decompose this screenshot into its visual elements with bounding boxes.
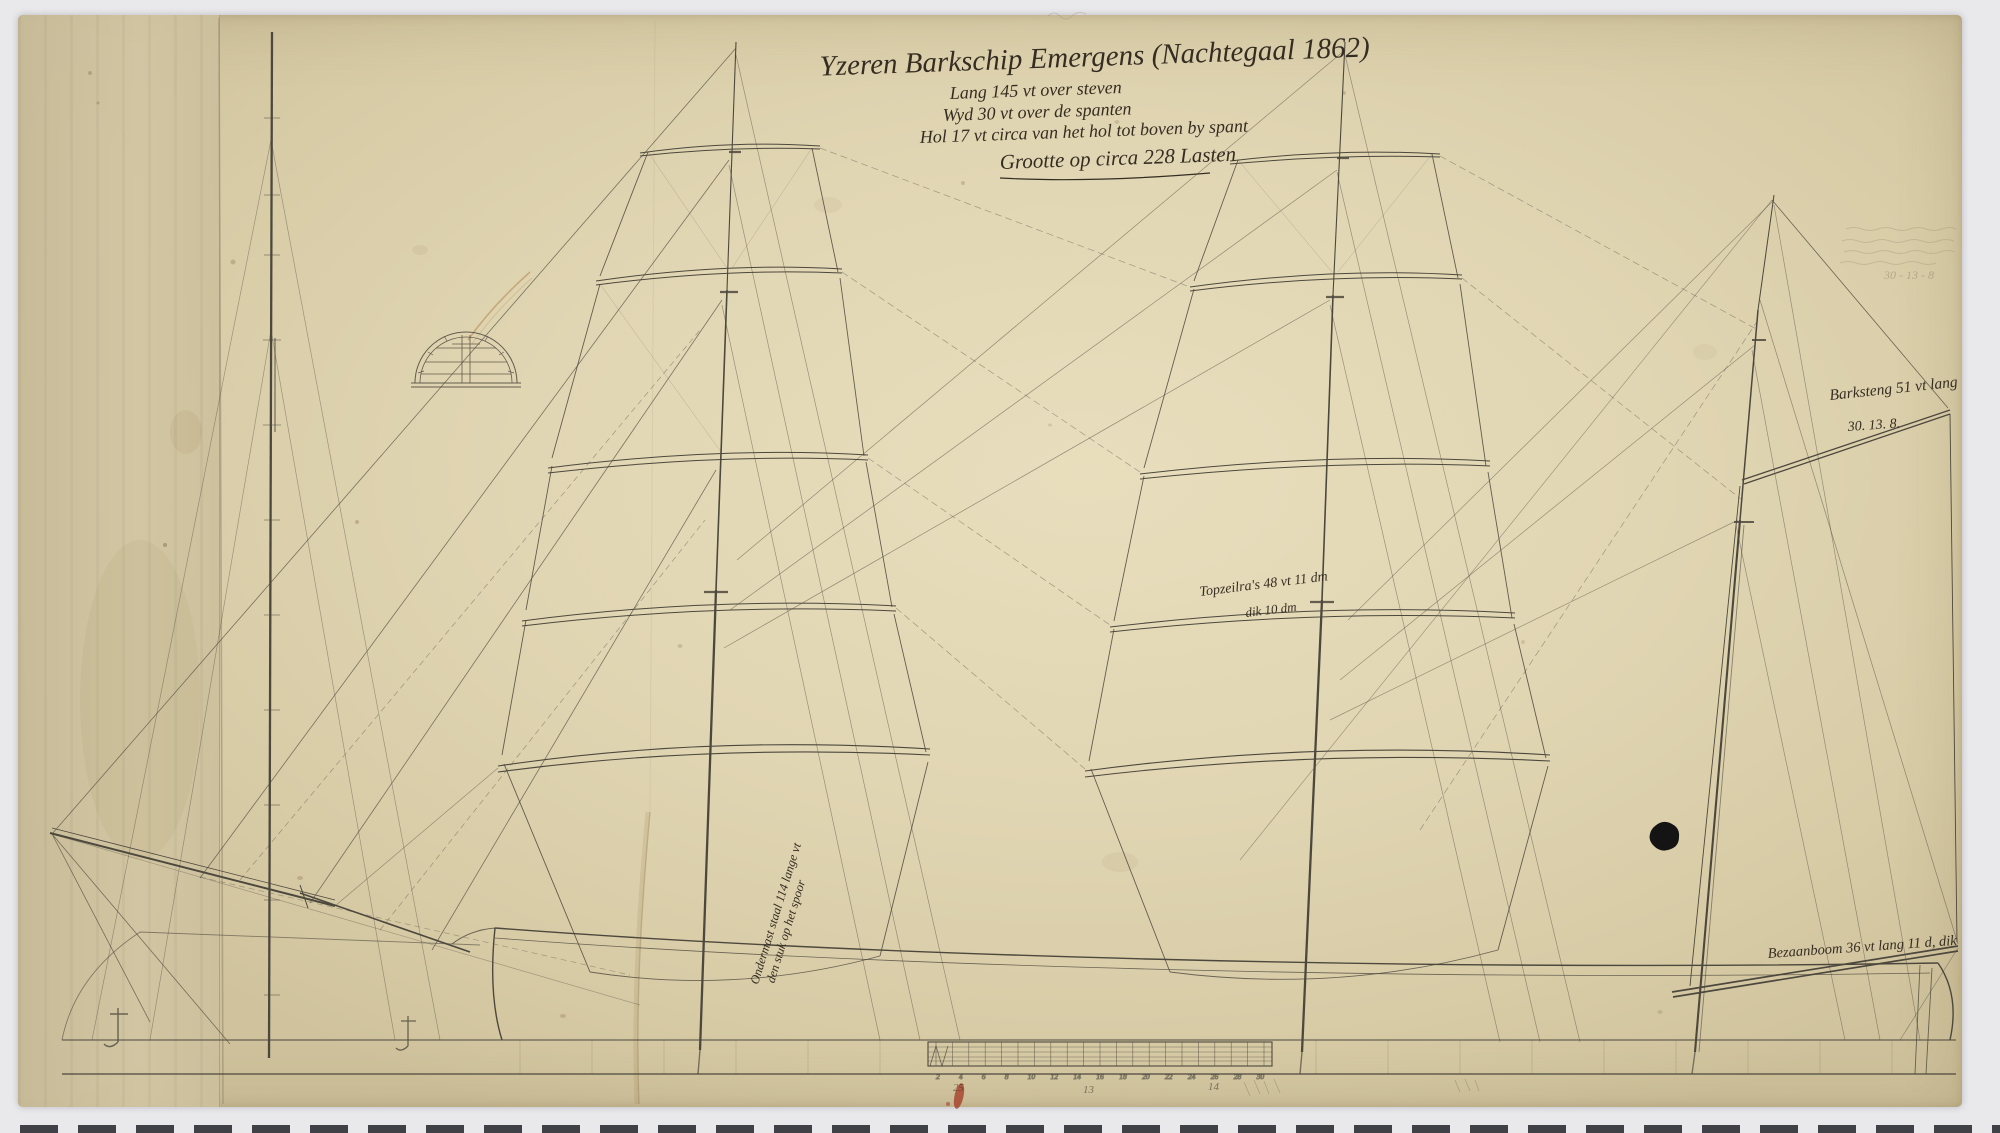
scale-tick-number: 28 (1234, 1072, 1242, 1081)
scale-tick-number: 24 (1188, 1072, 1196, 1081)
note-topzeilra-line2: dik 10 dm (1245, 599, 1298, 620)
station-number-c: 14 (1208, 1081, 1220, 1093)
annotations: Yzeren Barkschip Emergens (Nachtegaal 18… (747, 31, 1958, 1096)
half-round-detail (411, 332, 521, 387)
scale-tick-number: 22 (1165, 1072, 1173, 1081)
note-barksteng: Barksteng 51 vt lang (1829, 374, 1959, 404)
scale-bar-numbers: 24681012141618202224262830 (936, 1072, 1264, 1081)
scale-tick-number: 20 (1142, 1072, 1150, 1081)
scale-bar-divisions (936, 1042, 1264, 1066)
scale-tick-number: 8 (1005, 1072, 1009, 1081)
plan-title: Yzeren Barkschip Emergens (Nachtegaal 18… (819, 31, 1370, 82)
scale-bar: 24681012141618202224262830 (928, 1042, 1272, 1081)
scale-tick-number: 18 (1119, 1072, 1127, 1081)
main-mast (724, 42, 1580, 1074)
scale-tick-number: 10 (1028, 1072, 1036, 1081)
note-mast-rotated: Ondermast staal 114 lange vt den stuk op… (747, 841, 818, 991)
brace-lines (820, 148, 1758, 769)
bottom-trim-dashes (20, 1125, 2000, 1133)
scale-tick-number: 14 (1073, 1072, 1081, 1081)
age-stains (80, 71, 1717, 1018)
sailplan-drawing: 24681012141618202224262830 Yzeren Barksc… (0, 0, 2000, 1133)
spec-tonnage: Grootte op circa 228 Lasten (999, 142, 1236, 174)
scale-tick-number: 16 (1096, 1072, 1104, 1081)
scale-tick-number: 26 (1211, 1072, 1219, 1081)
hull-outline (62, 928, 1956, 1096)
scale-tick-number: 6 (982, 1072, 986, 1081)
station-number-b: 13 (1083, 1084, 1095, 1096)
tonnage-underline (1000, 173, 1210, 180)
scale-tick-number: 12 (1051, 1072, 1059, 1081)
station-number-a: 25 (953, 1082, 965, 1094)
scale-tick-number: 4 (959, 1072, 963, 1081)
ink-blot (1650, 822, 1680, 851)
scanned-sailplan-sheet: { "title": "Yzeren Barkschip Emergens (N… (0, 0, 2000, 1133)
note-topzeilra-line1: Topzeilra's 48 vt 11 dm (1199, 569, 1329, 600)
note-bezaanboom: Bezaanboom 36 vt lang 11 d, dik (1767, 933, 1958, 962)
scale-tick-number: 2 (936, 1072, 940, 1081)
pencil-figures: 30 - 13 - 8 (1883, 268, 1934, 282)
note-barksteng-figures: 30. 13. 8. (1846, 416, 1900, 435)
scale-tick-number: 30 (1256, 1072, 1265, 1081)
